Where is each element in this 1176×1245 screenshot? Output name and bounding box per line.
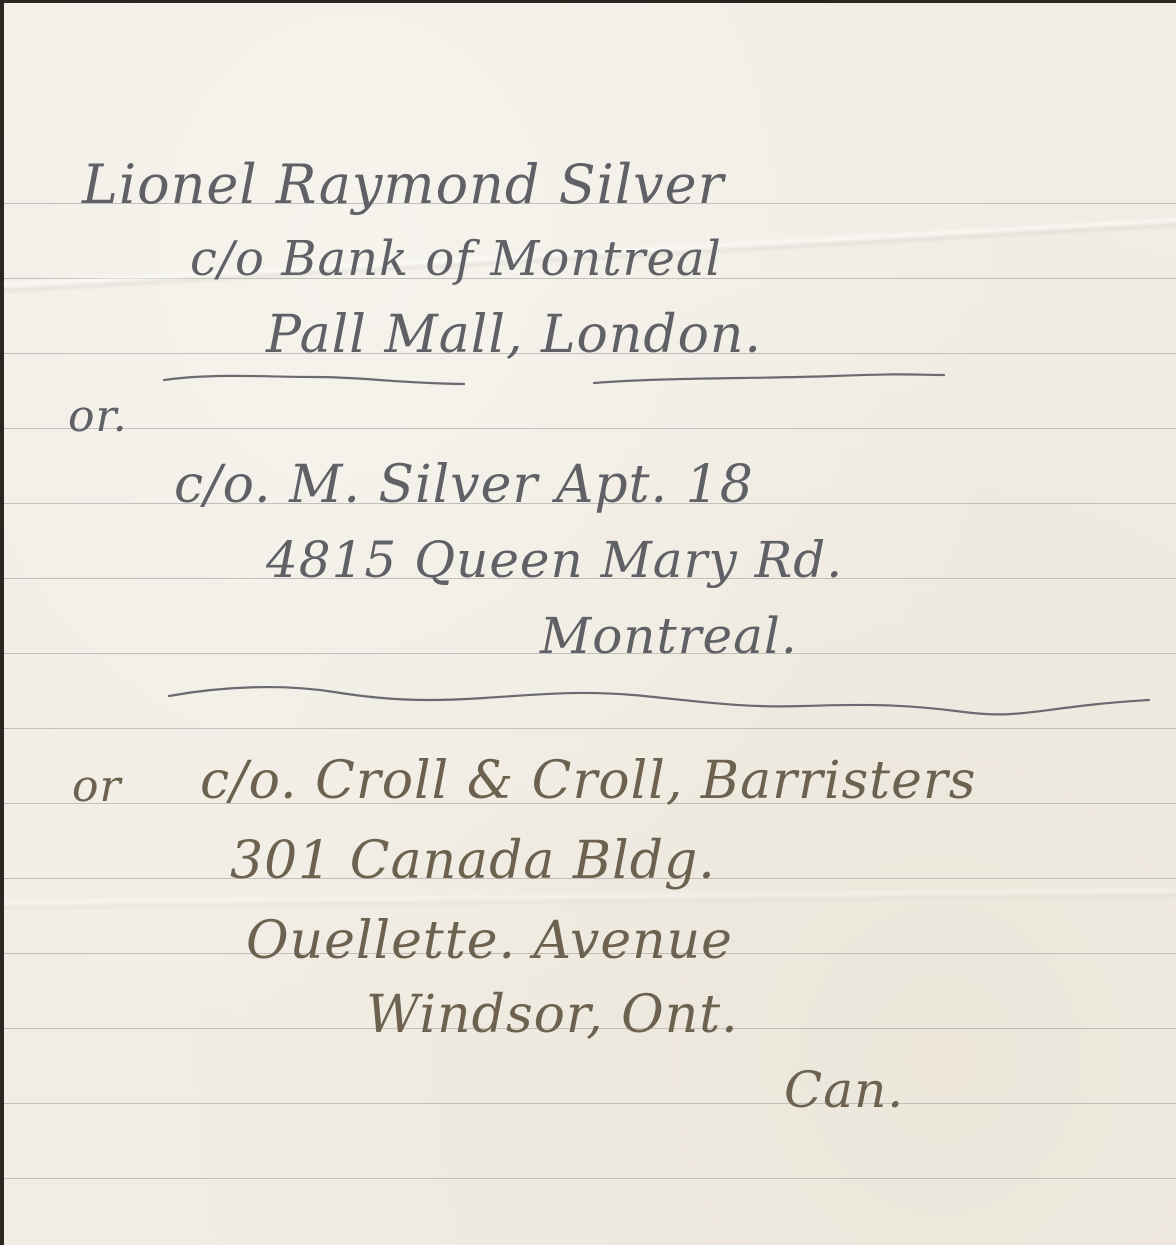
address-line: Montreal. [540,607,798,665]
ruled-line [4,728,1176,729]
section-divider-squiggle [164,678,1154,728]
address-line: Ouellette. Avenue [246,911,733,971]
ruled-paper-sheet: Lionel Raymond Silver c/o Bank of Montre… [4,3,1176,1245]
address-line: Can. [784,1061,904,1119]
address-line: c/o Bank of Montreal [190,231,722,287]
address-line: 4815 Queen Mary Rd. [266,531,843,589]
or-separator: or [72,761,122,812]
address-line: Windsor, Ont. [366,985,739,1045]
address-line: 301 Canada Bldg. [230,831,716,891]
ruled-line [4,1103,1176,1104]
ruled-line [4,428,1176,429]
address-line: Pall Mall, London. [266,305,762,365]
section-divider-squiggle [154,363,954,393]
address-line: c/o. M. Silver Apt. 18 [174,455,754,515]
address-line: c/o. Croll & Croll, Barristers [200,751,976,811]
or-separator: or. [68,391,128,442]
ruled-line [4,1178,1176,1179]
address-name-line: Lionel Raymond Silver [82,153,724,216]
